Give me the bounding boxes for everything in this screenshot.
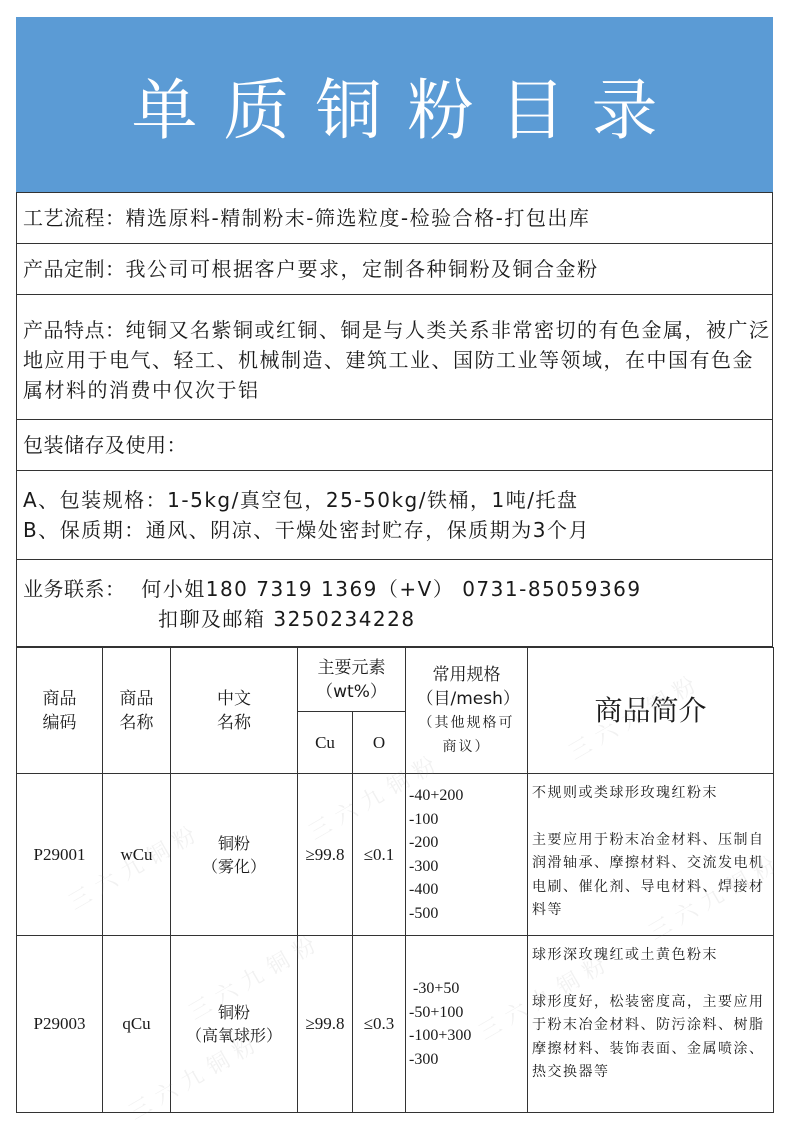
header-o: O <box>353 712 406 774</box>
contact-phone: 何小姐180 7319 1369（+V） 0731-85059369 <box>141 577 641 601</box>
spec-list: -30+50-50+100-100+300-300 <box>406 936 528 1113</box>
process-value: 精选原料-精制粉末-筛选粒度-检验合格-打包出库 <box>126 203 591 233</box>
header-name: 商品名称 <box>103 648 171 774</box>
features-value: 纯铜又名紫铜或红铜、铜是与人类关系非常密切的有色金属，被广泛地应用于电气、轻工、… <box>23 318 771 402</box>
product-description: 球形深玫瑰红或土黄色粉末 球形度好，松装密度高，主要应用于粉末冶金材料、防污涂料… <box>528 936 774 1113</box>
product-table: 商品编码 商品名称 中文名称 主要元素（wt%） 常用规格（目/mesh） （其… <box>16 647 774 1113</box>
header-spec-note: （其他规格可商议） <box>414 711 519 759</box>
table-row: P29001 wCu 铜粉（雾化） ≥99.8 ≤0.1 -40+200-100… <box>17 774 774 936</box>
header-spec-title: 常用规格（目/mesh） <box>417 663 517 711</box>
product-cn-name: 铜粉（高氧球形） <box>171 936 298 1113</box>
description-body: 球形度好，松装密度高，主要应用于粉末冶金材料、防污涂料、树脂摩擦材料、装饰表面、… <box>532 991 769 1085</box>
custom-value: 我公司可根据客户要求，定制各种铜粉及铜合金粉 <box>126 254 599 284</box>
product-cn-name: 铜粉（雾化） <box>171 774 298 936</box>
catalog-page: 单质铜粉目录 工艺流程：精选原料-精制粉末-筛选粒度-检验合格-打包出库 产品定… <box>16 17 773 1113</box>
custom-row: 产品定制：我公司可根据客户要求，定制各种铜粉及铜合金粉 <box>16 244 773 295</box>
header-code: 商品编码 <box>17 648 103 774</box>
pack-spec-a: A、包装规格：1-5kg/真空包，25-50kg/铁桶，1吨/托盘 <box>23 485 772 515</box>
features-row: 产品特点：纯铜又名紫铜或红铜、铜是与人类关系非常密切的有色金属，被广泛地应用于电… <box>16 295 773 420</box>
product-code: P29001 <box>17 774 103 936</box>
product-name: qCu <box>103 936 171 1113</box>
spec-list: -40+200-100-200-300-400-500 <box>406 774 528 936</box>
contact-row: 业务联系： 何小姐180 7319 1369（+V） 0731-85059369… <box>16 560 773 647</box>
pack-specs-row: A、包装规格：1-5kg/真空包，25-50kg/铁桶，1吨/托盘 B、保质期：… <box>16 471 773 560</box>
header-cu: Cu <box>298 712 353 774</box>
contact-label: 业务联系： <box>23 577 126 601</box>
header-desc: 商品简介 <box>528 648 774 774</box>
process-row: 工艺流程：精选原料-精制粉末-筛选粒度-检验合格-打包出库 <box>16 192 773 244</box>
description-title: 不规则或类球形玫瑰红粉末 <box>532 782 769 806</box>
packaging-row: 包装储存及使用： <box>16 420 773 471</box>
page-title: 单质铜粉目录 <box>106 57 684 152</box>
table-row: P29003 qCu 铜粉（高氧球形） ≥99.8 ≤0.3 -30+50-50… <box>17 936 774 1113</box>
header-spec: 常用规格（目/mesh） （其他规格可商议） <box>406 648 528 774</box>
description-title: 球形深玫瑰红或土黄色粉末 <box>532 944 769 968</box>
header-elements: 主要元素（wt%） <box>298 648 406 712</box>
custom-label: 产品定制： <box>23 254 126 284</box>
description-body: 主要应用于粉末冶金材料、压制自润滑轴承、摩擦材料、交流发电机电刷、催化剂、导电材… <box>532 829 769 923</box>
product-description: 不规则或类球形玫瑰红粉末 主要应用于粉末冶金材料、压制自润滑轴承、摩擦材料、交流… <box>528 774 774 936</box>
product-code: P29003 <box>17 936 103 1113</box>
product-name: wCu <box>103 774 171 936</box>
o-content: ≤0.1 <box>353 774 406 936</box>
title-banner: 单质铜粉目录 <box>16 17 773 192</box>
contact-qq: 扣聊及邮箱 3250234228 <box>23 604 772 634</box>
o-content: ≤0.3 <box>353 936 406 1113</box>
cu-content: ≥99.8 <box>298 936 353 1113</box>
process-label: 工艺流程： <box>23 203 126 233</box>
cu-content: ≥99.8 <box>298 774 353 936</box>
features-label: 产品特点： <box>23 318 126 342</box>
pack-spec-b: B、保质期：通风、阴凉、干燥处密封贮存，保质期为3个月 <box>23 515 772 545</box>
header-cn-name: 中文名称 <box>171 648 298 774</box>
packaging-label: 包装储存及使用： <box>23 430 187 460</box>
